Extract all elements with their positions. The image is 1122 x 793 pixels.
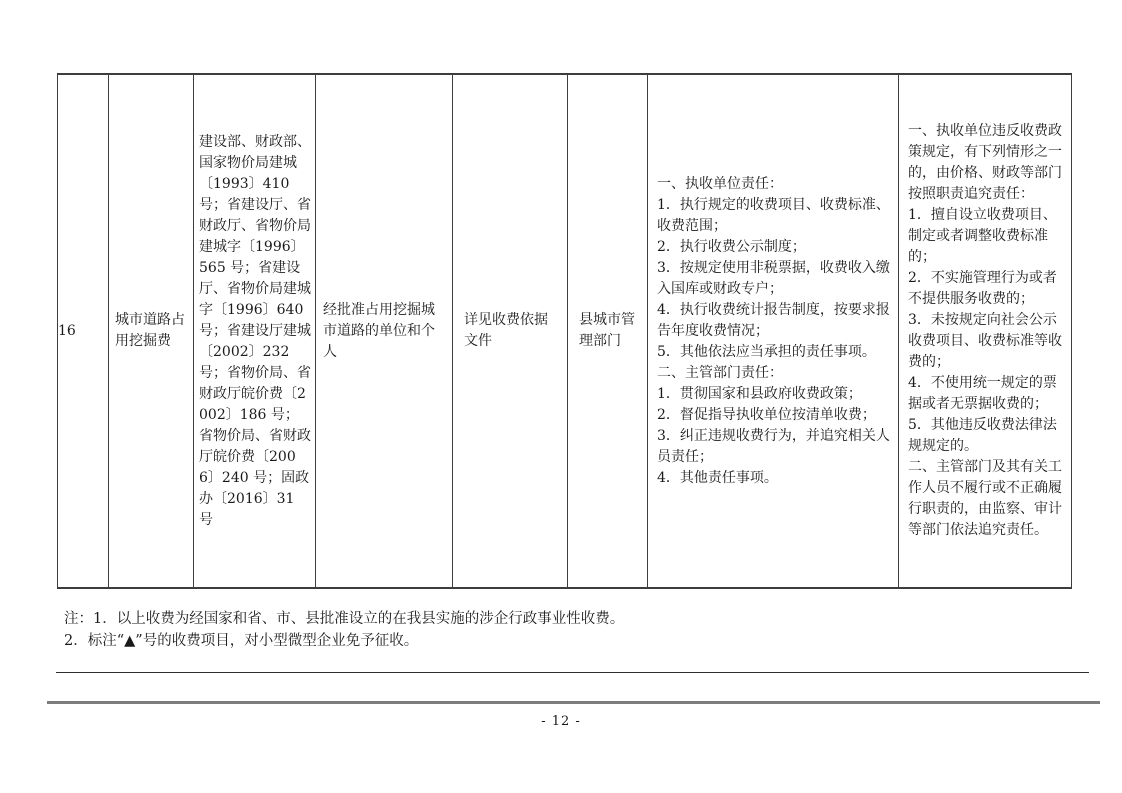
cell-payers: 经批准占用挖掘城市道路的单位和个人 xyxy=(316,74,453,588)
footer-rule-thick xyxy=(47,701,1100,704)
cell-collecting-department: 县城市管理部门 xyxy=(568,74,648,588)
cell-line: 3．按规定使用非税票据，收费收入缴入国库或财政专户； xyxy=(657,258,890,300)
cell-line: 3．未按规定向社会公示收费项目、收费标准等收费的； xyxy=(908,310,1064,373)
page-number: - 12 - xyxy=(0,714,1122,729)
cell-line: 一、执收单位责任： xyxy=(657,174,890,195)
cell-line: 二、主管部门及其有关工作人员不履行或不正确履行职责的，由监察、审计等部门依法追究… xyxy=(908,457,1064,541)
fee-table: 16 城市道路占用挖掘费 建设部、财政部、国家物价局建城〔1993〕410 号；… xyxy=(57,73,1072,589)
cell-line: 1．擅自设立收费项目、制定或者调整收费标准的； xyxy=(908,205,1064,268)
cell-line: 1．执行规定的收费项目、收费标准、收费范围； xyxy=(657,195,890,237)
cell-line: 2．不实施管理行为或者不提供服务收费的； xyxy=(908,268,1064,310)
footnotes: 注：1．以上收费为经国家和省、市、县批准设立的在我县实施的涉企行政事业性收费。 … xyxy=(64,608,1064,652)
cell-accountability: 一、执收单位违反收费政策规定，有下列情形之一的，由价格、财政等部门按照职责追究责… xyxy=(899,74,1072,588)
cell-line: 5．其他违反收费法律法规规定的。 xyxy=(908,415,1064,457)
cell-item-index: 16 xyxy=(58,74,109,588)
cell-line: 二、主管部门责任： xyxy=(657,363,890,384)
cell-line: 1．贯彻国家和县政府收费政策； xyxy=(657,384,890,405)
cell-fee-name: 城市道路占用挖掘费 xyxy=(109,74,194,588)
cell-policy-basis: 建设部、财政部、国家物价局建城〔1993〕410 号；省建设厅、省财政厅、省物价… xyxy=(194,74,316,588)
cell-line: 一、执收单位违反收费政策规定，有下列情形之一的，由价格、财政等部门按照职责追究责… xyxy=(908,121,1064,205)
table-row: 16 城市道路占用挖掘费 建设部、财政部、国家物价局建城〔1993〕410 号；… xyxy=(58,74,1072,588)
cell-line: 2．执行收费公示制度； xyxy=(657,237,890,258)
cell-line: 4．执行收费统计报告制度，按要求报告年度收费情况； xyxy=(657,300,890,342)
footer-rule-thin xyxy=(56,672,1089,673)
cell-line: 3．纠正违规收费行为，并追究相关人员责任； xyxy=(657,426,890,468)
footnote-2: 2．标注“▲”号的收费项目，对小型微型企业免予征收。 xyxy=(64,630,1064,652)
cell-line: 4．不使用统一规定的票据或者无票据收费的； xyxy=(908,373,1064,415)
cell-unit-responsibilities: 一、执收单位责任：1．执行规定的收费项目、收费标准、收费范围；2．执行收费公示制… xyxy=(648,74,899,588)
cell-fee-standard: 详见收费依据文件 xyxy=(453,74,568,588)
document-page: 16 城市道路占用挖掘费 建设部、财政部、国家物价局建城〔1993〕410 号；… xyxy=(0,0,1122,793)
cell-line: 4．其他责任事项。 xyxy=(657,468,890,489)
cell-line: 5．其他依法应当承担的责任事项。 xyxy=(657,342,890,363)
footnote-1: 注：1．以上收费为经国家和省、市、县批准设立的在我县实施的涉企行政事业性收费。 xyxy=(64,608,1064,630)
cell-line: 2．督促指导执收单位按清单收费； xyxy=(657,405,890,426)
